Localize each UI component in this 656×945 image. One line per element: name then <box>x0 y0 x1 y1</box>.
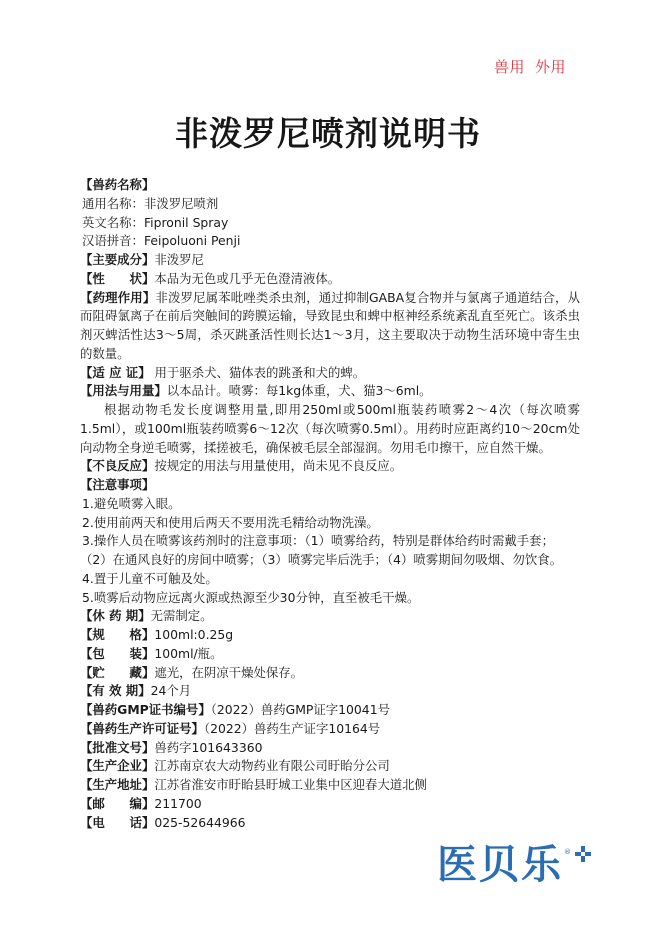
precaution-item: 5.喷雾后动物应远离火源或热源至少30分钟，直至被毛干燥。 <box>80 589 580 608</box>
section-license: 【兽药生产许可证号】（2022）兽药生产证字10164号 <box>80 720 580 739</box>
section-label: 【贮 藏】 <box>80 665 154 680</box>
registered-mark: ® <box>564 848 571 856</box>
usage-tag-veterinary: 兽用 <box>494 58 525 76</box>
section-label: 【电 话】 <box>80 815 154 830</box>
dosage-detail: 根据动物毛发长度调整用量,即用250ml或500ml瓶装药喷雾2～4次（每次喷雾… <box>80 401 580 457</box>
section-name-heading: 【兽药名称】 <box>80 176 580 195</box>
precaution-item: 2.使用前两天和使用后两天不要用洗毛精给动物洗澡。 <box>80 514 580 533</box>
section-phone: 【电 话】025-52644966 <box>80 814 580 833</box>
precaution-item: 4.置于儿童不可触及处。 <box>80 570 580 589</box>
precaution-item: 3.操作人员在喷雾该药剂时的注意事项：（1）喷雾给药，特别是群体给药时需戴手套； <box>80 532 580 551</box>
section-label: 【兽药生产许可证号】 <box>80 721 204 736</box>
section-adverse: 【不良反应】按规定的用法与用量使用，尚未见不良反应。 <box>80 457 580 476</box>
usage-tag-external: 外用 <box>535 58 566 76</box>
section-label: 【适 应 证】 <box>80 365 151 380</box>
plus-icon <box>575 846 591 862</box>
section-label: 【用法与用量】 <box>80 383 167 398</box>
section-value: 本品为无色或几乎无色澄清液体。 <box>154 271 340 286</box>
section-appearance: 【性 状】本品为无色或几乎无色澄清液体。 <box>80 270 580 289</box>
section-label: 【有 效 期】 <box>80 683 151 698</box>
section-value: 用于驱杀犬、猫体表的跳蚤和犬的蜱。 <box>151 365 366 380</box>
section-indication: 【适 应 证】 用于驱杀犬、猫体表的跳蚤和犬的蜱。 <box>80 364 580 383</box>
section-label: 【批准文号】 <box>80 740 154 755</box>
section-withdrawal: 【休 药 期】无需制定。 <box>80 607 580 626</box>
section-address: 【生产地址】江苏省淮安市盱眙县盱城工业集中区迎春大道北侧 <box>80 776 580 795</box>
section-value: 非泼罗尼 <box>154 252 204 267</box>
section-value: 非泼罗尼属苯吡唑类杀虫剂，通过抑制GABA复合物并与氯离子通道结合，从而阻碍氯离… <box>80 290 580 361</box>
logo-text: 医贝乐 <box>437 842 563 888</box>
section-value: 江苏南京农大动物药业有限公司盱眙分公司 <box>154 758 389 773</box>
section-value: 025-52644966 <box>154 815 245 830</box>
section-ingredient: 【主要成分】非泼罗尼 <box>80 251 580 270</box>
section-label: 【邮 编】 <box>80 796 154 811</box>
section-label: 【主要成分】 <box>80 252 154 267</box>
section-value: 按规定的用法与用量使用，尚未见不良反应。 <box>154 458 402 473</box>
section-approval: 【批准文号】兽药字101643360 <box>80 739 580 758</box>
precaution-item: 1.避免喷雾入眼。 <box>80 495 580 514</box>
english-name: 英文名称：Fipronil Spray <box>80 214 580 233</box>
section-value: （2022）兽药生产证字10164号 <box>204 721 380 736</box>
section-spec: 【规 格】100ml:0.25g <box>80 626 580 645</box>
section-pharmacology: 【药理作用】非泼罗尼属苯吡唑类杀虫剂，通过抑制GABA复合物并与氯离子通道结合，… <box>80 289 580 364</box>
section-label: 【药理作用】 <box>80 290 155 305</box>
section-storage: 【贮 藏】遮光，在阴凉干燥处保存。 <box>80 664 580 683</box>
section-label: 【休 药 期】 <box>80 608 151 623</box>
section-value: 100ml:0.25g <box>154 627 233 642</box>
section-value: （2022）兽药GMP证字10041号 <box>211 702 390 717</box>
page-title: 非泼罗尼喷剂说明书 <box>0 108 656 155</box>
section-package: 【包 装】100ml/瓶。 <box>80 645 580 664</box>
section-label: 【性 状】 <box>80 271 154 286</box>
section-label: 【不良反应】 <box>80 458 154 473</box>
section-gmp: 【兽药GMP证书编号】（2022）兽药GMP证字10041号 <box>80 701 580 720</box>
section-value: 以本品计。喷雾：每1kg体重，犬、猫3～6ml。 <box>167 383 432 398</box>
section-precautions-heading: 【注意事项】 <box>80 476 580 495</box>
section-value: 24个月 <box>151 683 192 698</box>
precaution-item: （2）在通风良好的房间中喷雾；（3）喷雾完毕后洗手；（4）喷雾期间勿吸烟、勿饮食… <box>80 551 580 570</box>
section-validity: 【有 效 期】24个月 <box>80 682 580 701</box>
pinyin-name: 汉语拼音：Feipoluoni Penji <box>80 232 580 251</box>
section-label: 【规 格】 <box>80 627 154 642</box>
usage-tags: 兽用外用 <box>494 56 566 77</box>
section-manufacturer: 【生产企业】江苏南京农大动物药业有限公司盱眙分公司 <box>80 757 580 776</box>
section-value: 无需制定。 <box>151 608 213 623</box>
section-value: 211700 <box>154 796 201 811</box>
brand-logo: 医贝乐 ® <box>437 842 591 888</box>
section-value: 江苏省淮安市盱眙县盱城工业集中区迎春大道北侧 <box>154 777 427 792</box>
section-label: 【兽药GMP证书编号】 <box>80 702 211 717</box>
section-value: 遮光，在阴凉干燥处保存。 <box>154 665 303 680</box>
section-postcode: 【邮 编】211700 <box>80 795 580 814</box>
document-body: 【兽药名称】 通用名称：非泼罗尼喷剂 英文名称：Fipronil Spray 汉… <box>80 176 580 832</box>
section-label: 【生产地址】 <box>80 777 154 792</box>
generic-name: 通用名称：非泼罗尼喷剂 <box>80 195 580 214</box>
section-value: 100ml/瓶。 <box>154 646 222 661</box>
section-dosage: 【用法与用量】以本品计。喷雾：每1kg体重，犬、猫3～6ml。 <box>80 382 580 401</box>
section-label: 【生产企业】 <box>80 758 154 773</box>
section-label: 【包 装】 <box>80 646 154 661</box>
section-value: 兽药字101643360 <box>154 740 262 755</box>
